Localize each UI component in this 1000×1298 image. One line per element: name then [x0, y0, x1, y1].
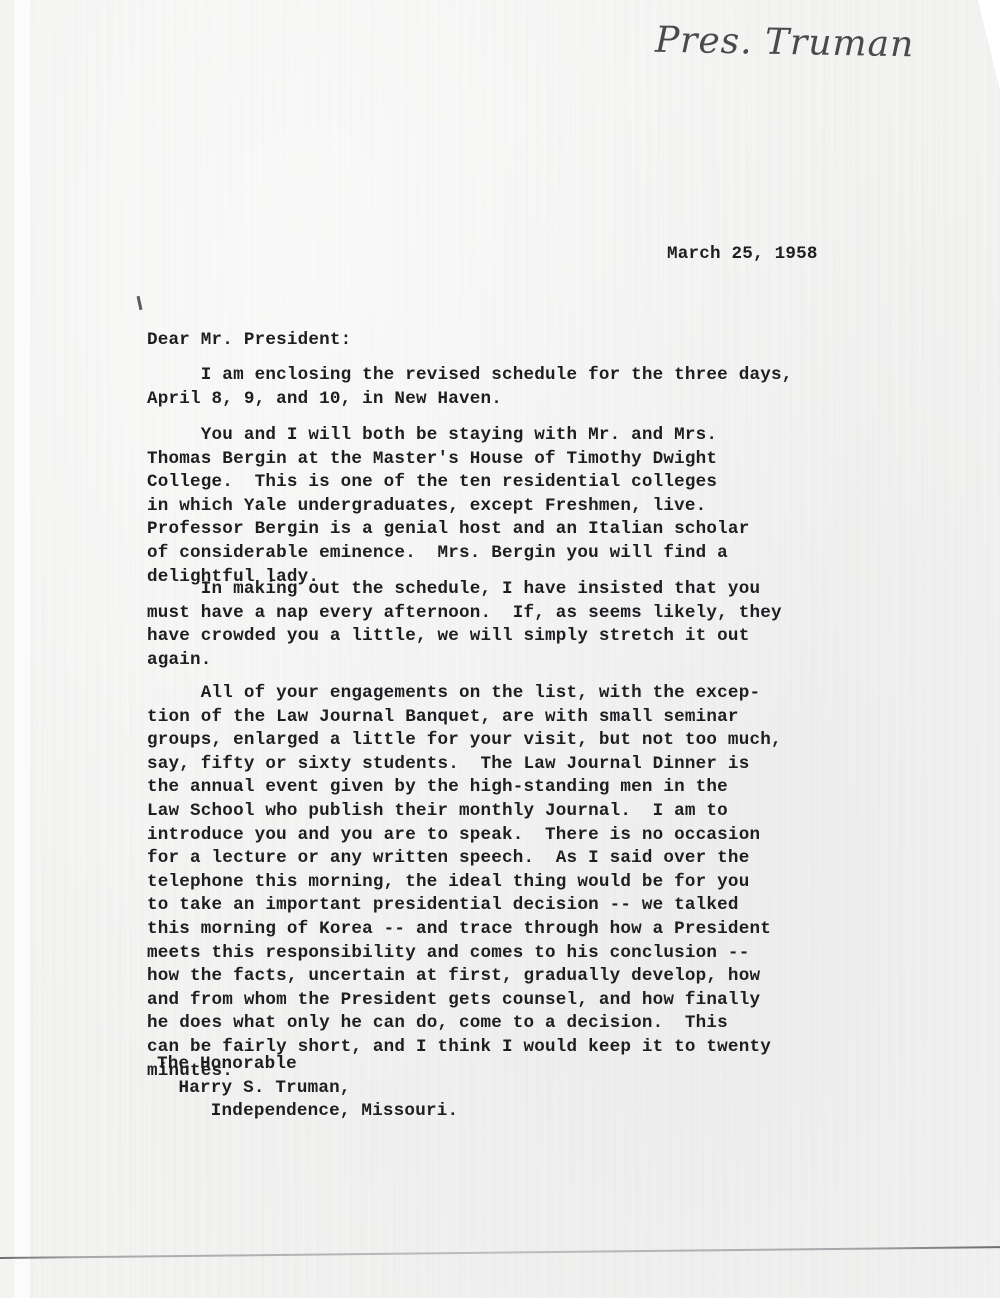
text-line: Law School who publish their monthly Jou… — [147, 800, 782, 824]
paper-corner — [978, 0, 1000, 90]
text-line: have crowded you a little, we will simpl… — [147, 625, 782, 649]
address-line: The Honorable — [157, 1053, 458, 1077]
recipient-address: The Honorable Harry S. Truman, Independe… — [157, 1053, 458, 1124]
text-line: April 8, 9, and 10, in New Haven. — [147, 388, 792, 412]
text-line: College. This is one of the ten resident… — [147, 471, 749, 495]
text-line: telephone this morning, the ideal thing … — [147, 871, 782, 895]
text-line: how the facts, uncertain at first, gradu… — [147, 965, 782, 989]
text-line: introduce you and you are to speak. Ther… — [147, 824, 782, 848]
text-line: tion of the Law Journal Banquet, are wit… — [147, 706, 782, 730]
text-line: the annual event given by the high-stand… — [147, 776, 782, 800]
text-line: All of your engagements on the list, wit… — [147, 682, 782, 706]
letter-date: March 25, 1958 — [667, 243, 818, 267]
text-line: in which Yale undergraduates, except Fre… — [147, 495, 749, 519]
text-line: You and I will both be staying with Mr. … — [147, 424, 749, 448]
text-line: meets this responsibility and comes to h… — [147, 942, 782, 966]
text-line: of considerable eminence. Mrs. Bergin yo… — [147, 542, 749, 566]
salutation: Dear Mr. President: — [147, 329, 351, 353]
address-line: Harry S. Truman, — [157, 1077, 458, 1101]
text-line: and from whom the President gets counsel… — [147, 989, 782, 1013]
paragraph-nap: In making out the schedule, I have insis… — [147, 578, 782, 672]
text-line: In making out the schedule, I have insis… — [147, 578, 782, 602]
paragraph-lodging: You and I will both be staying with Mr. … — [147, 424, 749, 589]
text-line: must have a nap every afternoon. If, as … — [147, 602, 782, 626]
handwritten-annotation: Pres. Truman — [655, 20, 915, 66]
text-line: say, fifty or sixty students. The Law Jo… — [147, 753, 782, 777]
paragraph-engagements: All of your engagements on the list, wit… — [147, 682, 782, 1083]
text-line: to take an important presidential decisi… — [147, 894, 782, 918]
text-line: for a lecture or any written speech. As … — [147, 847, 782, 871]
text-line: Thomas Bergin at the Master's House of T… — [147, 448, 749, 472]
paragraph-schedule: I am enclosing the revised schedule for … — [147, 364, 792, 411]
text-line: this morning of Korea -- and trace throu… — [147, 918, 782, 942]
text-line: groups, enlarged a little for your visit… — [147, 729, 782, 753]
text-line: Professor Bergin is a genial host and an… — [147, 518, 749, 542]
text-line: again. — [147, 649, 782, 673]
text-line: he does what only he can do, come to a d… — [147, 1012, 782, 1036]
text-line: I am enclosing the revised schedule for … — [147, 364, 792, 388]
paper-left-edge — [14, 0, 30, 1298]
address-line: Independence, Missouri. — [157, 1100, 458, 1124]
